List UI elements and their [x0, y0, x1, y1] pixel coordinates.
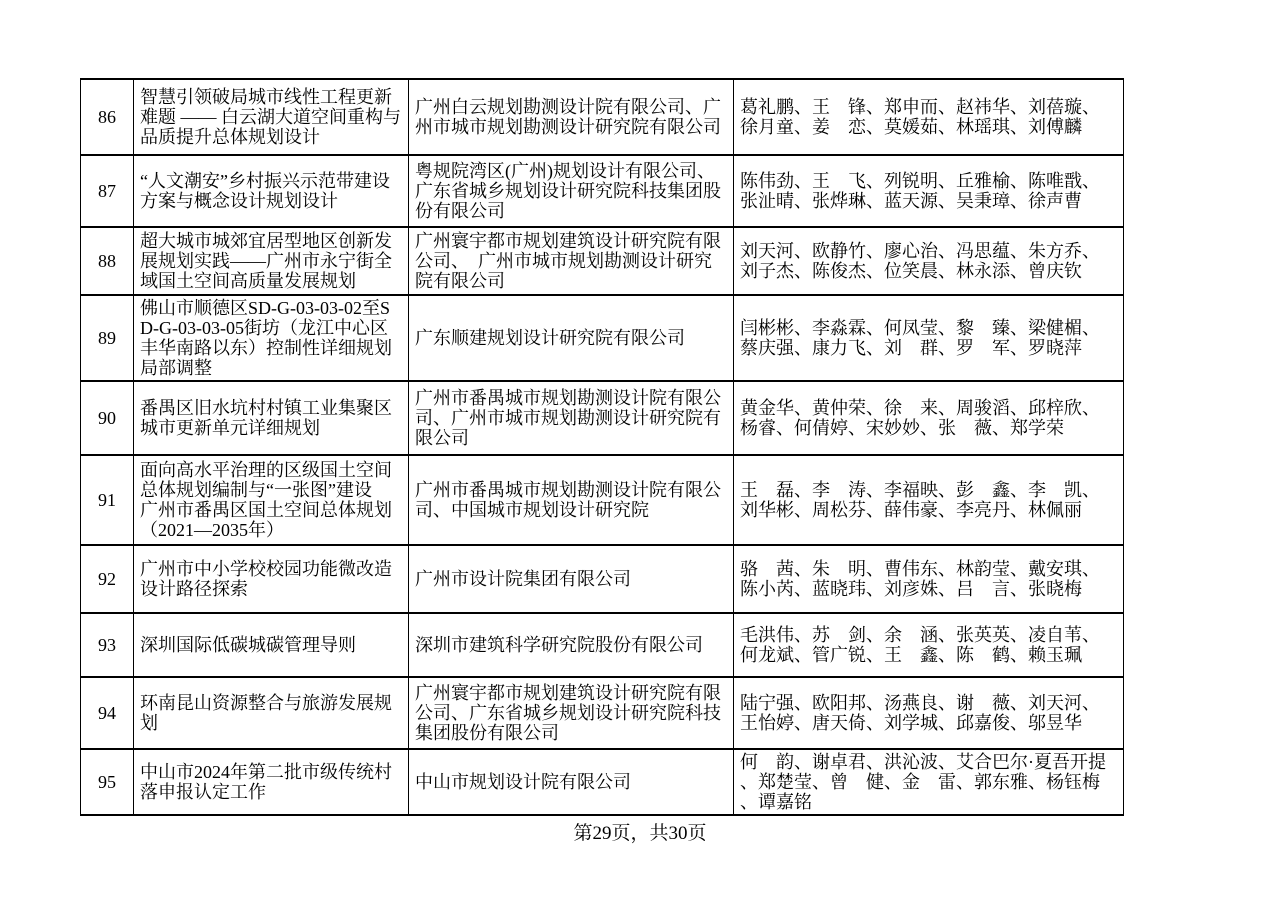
project-title-cell: 超大城市城郊宜居型地区创新发展规划实践——广州市永宁街全域国土空间高质量发展规划	[134, 227, 409, 295]
table-row: 94 环南昆山资源整合与旅游发展规划 广州寰宇都市规划建筑设计研究院有限公司、广…	[81, 677, 1124, 749]
people-cell: 毛洪伟、苏 剑、余 涵、张英英、凌自苇、何龙斌、管广锐、王 鑫、陈 鹤、赖玉珮	[734, 613, 1124, 677]
people-cell: 黄金华、黄仲荣、徐 来、周骏滔、邱梓欣、杨睿、何倩婷、宋妙妙、张 薇、郑学荣	[734, 381, 1124, 455]
company-cell: 中山市规划设计院有限公司	[409, 749, 734, 815]
table-row: 95 中山市2024年第二批市级传统村落申报认定工作 中山市规划设计院有限公司 …	[81, 749, 1124, 815]
project-title-cell: 番禺区旧水坑村村镇工业集聚区城市更新单元详细规划	[134, 381, 409, 455]
people-cell: 陈伟劲、王 飞、列锐明、丘雅榆、陈唯戬、张沚晴、张烨琳、蓝天源、吴秉璋、徐声曹	[734, 155, 1124, 227]
company-cell: 广州寰宇都市规划建筑设计研究院有限公司、 广州市城市规划勘测设计研究院有限公司	[409, 227, 734, 295]
table-row: 93 深圳国际低碳城碳管理导则 深圳市建筑科学研究院股份有限公司 毛洪伟、苏 剑…	[81, 613, 1124, 677]
table-row: 88 超大城市城郊宜居型地区创新发展规划实践——广州市永宁街全域国土空间高质量发…	[81, 227, 1124, 295]
row-number-cell: 94	[81, 677, 134, 749]
people-cell: 骆 茜、朱 明、曹伟东、林韵莹、戴安琪、陈小芮、蓝晓玮、刘彦姝、吕 言、张晓梅	[734, 545, 1124, 613]
company-cell: 广东顺建规划设计研究院有限公司	[409, 295, 734, 381]
table-row: 92 广州市中小学校校园功能微改造设计路径探索 广州市设计院集团有限公司 骆 茜…	[81, 545, 1124, 613]
project-title-cell: 中山市2024年第二批市级传统村落申报认定工作	[134, 749, 409, 815]
company-cell: 粤规院湾区(广州)规划设计有限公司、广东省城乡规划设计研究院科技集团股份有限公司	[409, 155, 734, 227]
table-row: 90 番禺区旧水坑村村镇工业集聚区城市更新单元详细规划 广州市番禺城市规划勘测设…	[81, 381, 1124, 455]
people-cell: 刘天河、欧静竹、廖心治、冯思蕴、朱方乔、刘子杰、陈俊杰、位笑晨、林永添、曾庆钦	[734, 227, 1124, 295]
company-cell: 广州市番禺城市规划勘测设计院有限公司、中国城市规划设计研究院	[409, 455, 734, 545]
row-number-cell: 87	[81, 155, 134, 227]
people-cell: 葛礼鹏、王 锋、郑申而、赵祎华、刘蓓璇、徐月童、姜 恋、莫媛茹、林瑶琪、刘傅麟	[734, 79, 1124, 155]
row-number-cell: 89	[81, 295, 134, 381]
company-cell: 广州市设计院集团有限公司	[409, 545, 734, 613]
row-number-cell: 92	[81, 545, 134, 613]
row-number-cell: 86	[81, 79, 134, 155]
row-number-cell: 88	[81, 227, 134, 295]
row-number-cell: 93	[81, 613, 134, 677]
people-cell: 王 磊、李 涛、李福映、彭 鑫、李 凯、刘华彬、周松芬、薛伟豪、李亮丹、林佩丽	[734, 455, 1124, 545]
project-title-cell: 广州市中小学校校园功能微改造设计路径探索	[134, 545, 409, 613]
table-row: 86 智慧引领破局城市线性工程更新难题 —— 白云湖大道空间重构与品质提升总体规…	[81, 79, 1124, 155]
project-title-cell: 智慧引领破局城市线性工程更新难题 —— 白云湖大道空间重构与品质提升总体规划设计	[134, 79, 409, 155]
row-number-cell: 91	[81, 455, 134, 545]
project-title-cell: 面向高水平治理的区级国土空间总体规划编制与“一张图”建设 广州市番禺区国土空间总…	[134, 455, 409, 545]
company-cell: 深圳市建筑科学研究院股份有限公司	[409, 613, 734, 677]
company-cell: 广州白云规划勘测设计院有限公司、广州市城市规划勘测设计研究院有限公司	[409, 79, 734, 155]
people-cell: 陆宁强、欧阳邦、汤燕良、谢 薇、刘天河、王怡婷、唐天倚、刘学城、邱嘉俊、邬昱华	[734, 677, 1124, 749]
table-row: 87 “人文潮安”乡村振兴示范带建设方案与概念设计规划设计 粤规院湾区(广州)规…	[81, 155, 1124, 227]
row-number-cell: 95	[81, 749, 134, 815]
company-cell: 广州市番禺城市规划勘测设计院有限公司、广州市城市规划勘测设计研究院有限公司	[409, 381, 734, 455]
document-page: 86 智慧引领破局城市线性工程更新难题 —— 白云湖大道空间重构与品质提升总体规…	[0, 0, 1280, 905]
project-title-cell: 环南昆山资源整合与旅游发展规划	[134, 677, 409, 749]
table-row: 89 佛山市顺德区SD-G-03-03-02至SD-G-03-03-05街坊（龙…	[81, 295, 1124, 381]
project-title-cell: 深圳国际低碳城碳管理导则	[134, 613, 409, 677]
project-title-cell: 佛山市顺德区SD-G-03-03-02至SD-G-03-03-05街坊（龙江中心…	[134, 295, 409, 381]
row-number-cell: 90	[81, 381, 134, 455]
project-title-cell: “人文潮安”乡村振兴示范带建设方案与概念设计规划设计	[134, 155, 409, 227]
people-cell: 闫彬彬、李淼霖、何凤莹、黎 臻、梁健楣、蔡庆强、康力飞、刘 群、罗 军、罗晓萍	[734, 295, 1124, 381]
people-cell: 何 韵、谢卓君、洪沁波、艾合巴尔·夏吾开提、郑楚莹、曾 健、金 雷、郭东雅、杨钰…	[734, 749, 1124, 815]
project-award-table: 86 智慧引领破局城市线性工程更新难题 —— 白云湖大道空间重构与品质提升总体规…	[80, 78, 1124, 816]
company-cell: 广州寰宇都市规划建筑设计研究院有限公司、广东省城乡规划设计研究院科技集团股份有限…	[409, 677, 734, 749]
table-row: 91 面向高水平治理的区级国土空间总体规划编制与“一张图”建设 广州市番禺区国土…	[81, 455, 1124, 545]
page-indicator: 第29页，共30页	[0, 818, 1280, 845]
